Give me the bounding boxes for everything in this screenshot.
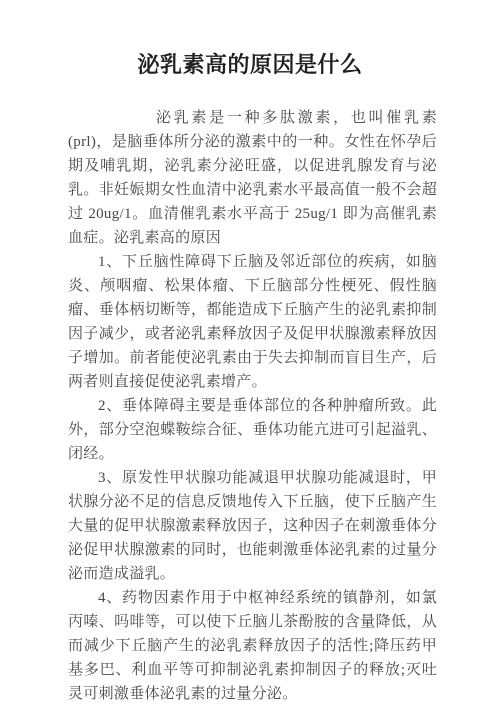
document-title: 泌乳素高的原因是什么: [0, 50, 500, 80]
paragraph-cause-4: 4、药物因素作用于中枢神经系统的镇静剂，如氯丙嗪、吗啡等，可以使下丘脑儿茶酚胺的…: [68, 586, 437, 706]
document-body: 泌乳素是一种多肽激素，也叫催乳素(prl)，是脑垂体所分泌的激素中的一种。女性在…: [68, 106, 437, 706]
paragraph-intro: 泌乳素是一种多肽激素，也叫催乳素(prl)，是脑垂体所分泌的激素中的一种。女性在…: [68, 106, 437, 250]
paragraph-cause-2: 2、垂体障碍主要是垂体部位的各种肿瘤所致。此外，部分空泡蝶鞍综合征、垂体功能亢进…: [68, 394, 437, 466]
paragraph-cause-1: 1、下丘脑性障碍下丘脑及邻近部位的疾病，如脑炎、颅咽瘤、松果体瘤、下丘脑部分性梗…: [68, 250, 437, 394]
document-page: 泌乳素高的原因是什么 泌乳素是一种多肽激素，也叫催乳素(prl)，是脑垂体所分泌…: [0, 0, 500, 707]
paragraph-cause-3: 3、原发性甲状腺功能减退甲状腺功能减退时，甲状腺分泌不足的信息反馈地传入下丘脑，…: [68, 466, 437, 586]
